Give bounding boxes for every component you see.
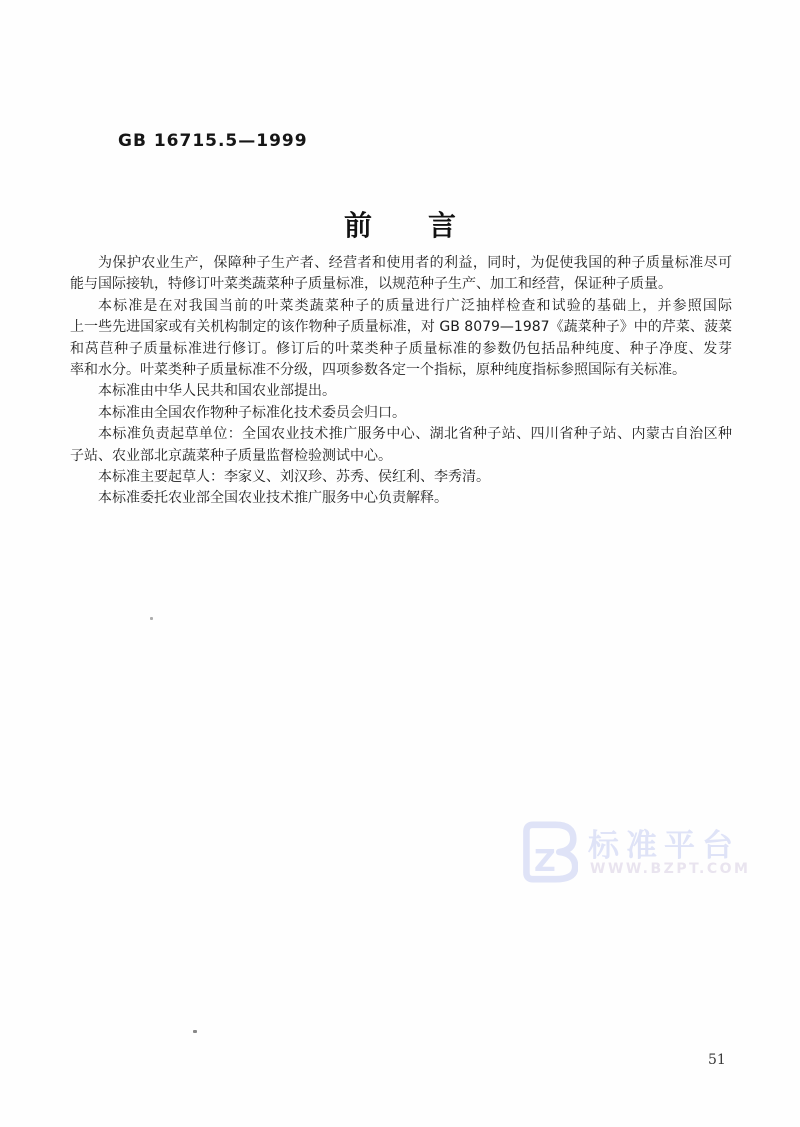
standard-code: GB 16715.5—1999 (118, 131, 308, 151)
body-line: 率和水分。叶菜类种子质量标准不分级，四项参数各定一个指标，原种纯度指标参照国际有… (70, 360, 732, 381)
body-line: 上一些先进国家或有关机构制定的该作物种子质量标准，对 GB 8079—1987《… (70, 317, 732, 338)
scan-speck (150, 617, 153, 620)
body-line: 为保护农业生产，保障种子生产者、经营者和使用者的利益，同时，为促使我国的种子质量… (70, 253, 732, 274)
svg-text:Z: Z (534, 844, 556, 879)
body-line: 本标准主要起草人：李家义、刘汉珍、苏秀、侯红利、李秀清。 (70, 467, 732, 488)
body-line: 和莴苣种子质量标准进行修订。修订后的叶菜类种子质量标准的参数仍包括品种纯度、种子… (70, 339, 732, 360)
watermark: Z 标准平台 WWW.BZPT.COM (518, 818, 748, 898)
document-page: GB 16715.5—1999 前 言 为保护农业生产，保障种子生产者、经营者和… (0, 0, 800, 1127)
scan-speck (193, 1030, 197, 1033)
body-line: 子站、农业部北京蔬菜种子质量监督检验测试中心。 (70, 446, 732, 467)
body-line: 本标准由全国农作物种子标准化技术委员会归口。 (70, 403, 732, 424)
body-line: 本标准由中华人民共和国农业部提出。 (70, 381, 732, 402)
body-line: 本标准是在对我国当前的叶菜类蔬菜种子的质量进行广泛抽样检查和试验的基础上，并参照… (70, 296, 732, 317)
watermark-brand-text: 标准平台 (588, 820, 740, 865)
body-line: 本标准委托农业部全国农业技术推广服务中心负责解释。 (70, 488, 732, 509)
body-line: 本标准负责起草单位：全国农业技术推广服务中心、湖北省种子站、四川省种子站、内蒙古… (70, 424, 732, 445)
foreword-body: 为保护农业生产，保障种子生产者、经营者和使用者的利益，同时，为促使我国的种子质量… (70, 253, 732, 510)
body-line: 能与国际接轨，特修订叶菜类蔬菜种子质量标准，以规范种子生产、加工和经营，保证种子… (70, 274, 732, 295)
page-title: 前 言 (0, 204, 800, 244)
page-number: 51 (708, 1052, 726, 1068)
watermark-url-text: WWW.BZPT.COM (590, 861, 750, 877)
bzpt-logo-icon: Z (518, 820, 578, 888)
